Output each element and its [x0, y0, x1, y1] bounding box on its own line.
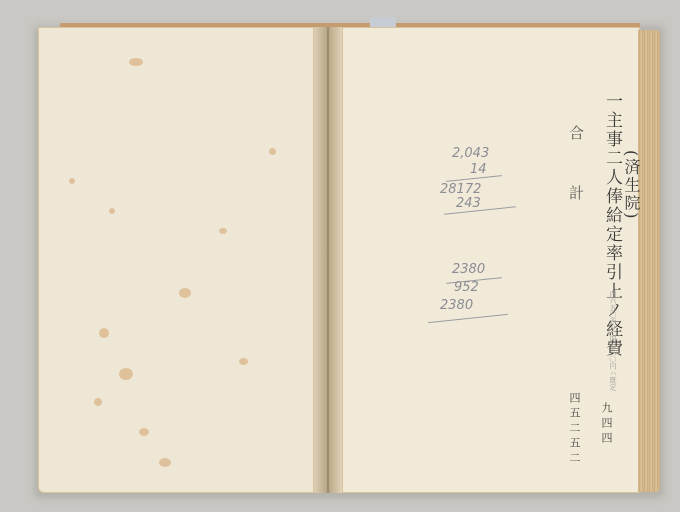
- total-label-2: 計: [566, 185, 587, 202]
- pencil-calc-2a: 2380: [452, 262, 485, 277]
- page-edges: [638, 30, 660, 492]
- binding-gutter: [314, 27, 342, 493]
- total-label-1: 合: [566, 125, 587, 142]
- pencil-calc-2c: 2380: [440, 298, 473, 313]
- pencil-calc-1b: 14: [470, 162, 487, 177]
- pencil-calc-1d: 243: [456, 196, 481, 211]
- amount-total: 四五二五二: [566, 392, 582, 467]
- pencil-calc-1c: 28172: [440, 182, 481, 197]
- pencil-calc-1a: 2,043: [452, 146, 489, 161]
- heading-note: (済生院): [620, 150, 643, 220]
- right-page: [342, 27, 640, 493]
- marginal-note: 内六五〇西ヲ 内七六〇円ハ既定: [608, 290, 618, 390]
- left-page: [38, 27, 314, 493]
- amount-item: 九四四: [598, 402, 614, 447]
- pencil-calc-2b: 952: [454, 280, 479, 295]
